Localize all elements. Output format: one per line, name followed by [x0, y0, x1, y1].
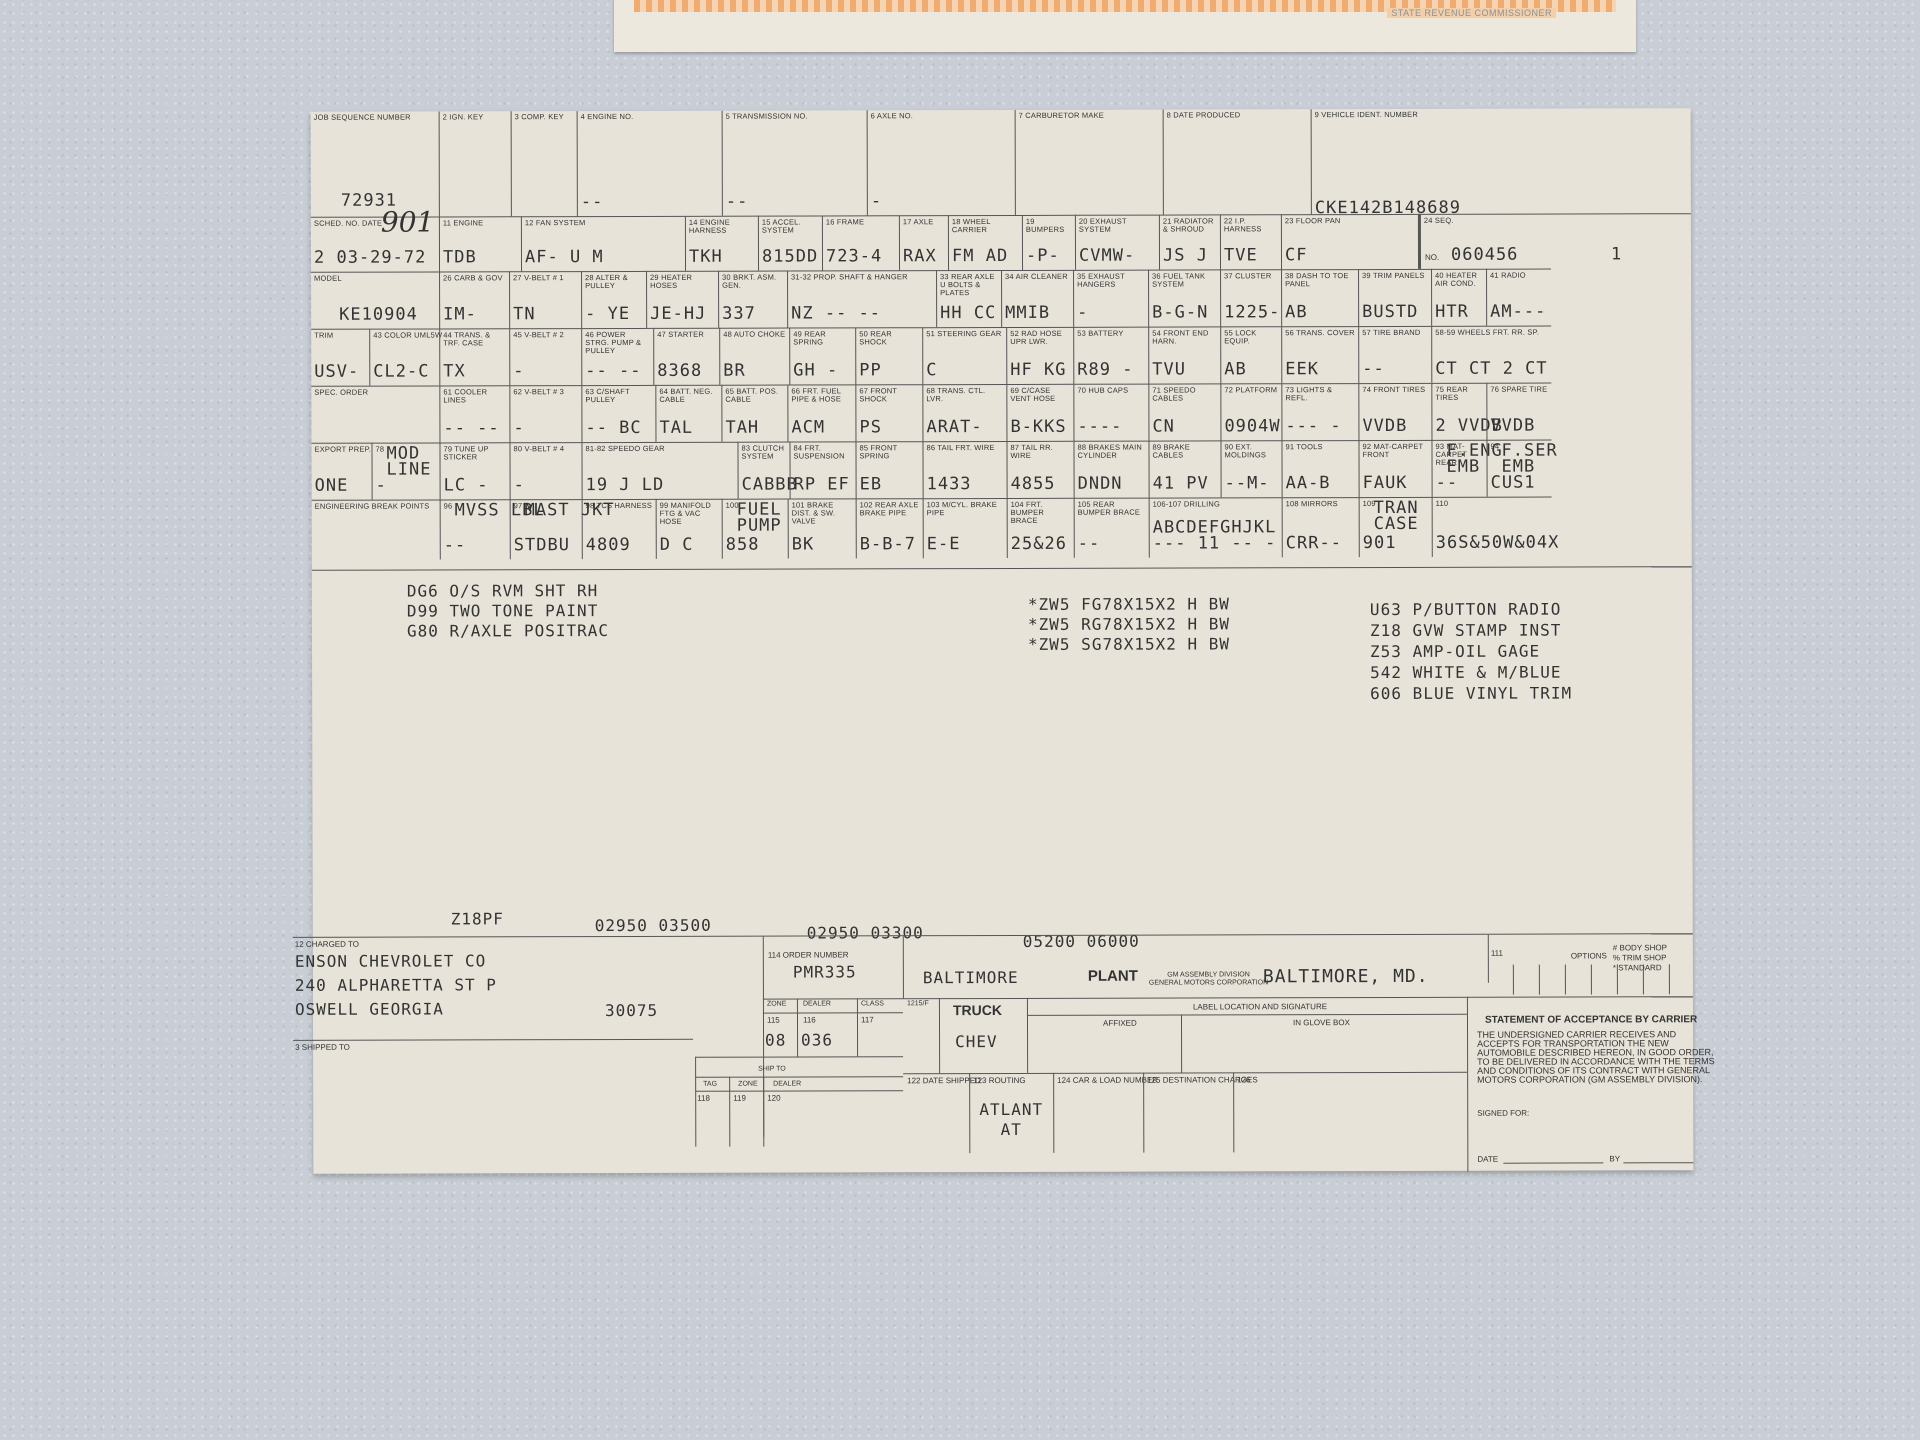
cell-label: 26 CARB & GOV	[443, 274, 507, 282]
cell-label: 28 ALTER & PULLEY	[585, 274, 644, 290]
grid-cell: 88 BRAKES MAIN CYLINDERDNDN	[1073, 441, 1148, 498]
cell-value: JE-HJ	[650, 304, 706, 324]
cell-value: IM-	[443, 304, 477, 324]
cell-label: 16 FRAME	[826, 218, 897, 226]
field-date-produced: 8 DATE PRODUCED	[1163, 109, 1311, 214]
cell-value: -	[376, 476, 387, 496]
option-tick	[1669, 964, 1670, 994]
grid-cell: 47 STARTER8368	[653, 328, 719, 385]
cell-value: TVE	[1224, 245, 1258, 265]
cell-label: 76 SPARE TIRE	[1490, 386, 1549, 394]
options-list-left: DG6 O/S RVM SHT RH D99 TWO TONE PAINT G8…	[407, 581, 609, 642]
cell-value: 25&26	[1011, 534, 1067, 554]
grid-cell: 71 SPEEDO CABLESCN	[1148, 383, 1220, 440]
options-list-tires: *ZW5 FG78X15X2 H BW *ZW5 RG78X15X2 H BW …	[1028, 594, 1230, 655]
cell-value: -- --	[585, 361, 641, 381]
grid-cell: 92 MAT-CARPET FRONTFAUK	[1358, 440, 1431, 497]
cell-value: AA-B	[1286, 473, 1331, 493]
cell-value: EB	[860, 474, 883, 494]
cell-label: 75 REAR TIRES	[1435, 386, 1484, 402]
cell-value: FM AD	[952, 246, 1008, 266]
cell-label: 49 REAR SPRING	[793, 330, 853, 346]
cell-value: -	[514, 475, 525, 495]
cell-label: 55 LOCK EQUIP.	[1224, 329, 1279, 345]
field-job-sequence: JOB SEQUENCE NUMBER 72931	[311, 111, 439, 216]
cell-label: 37 CLUSTER	[1224, 272, 1279, 280]
grid-cell: 33 REAR AXLE U BOLTS & PLATESHH CC	[936, 270, 1001, 327]
cell-label: 88 BRAKES MAIN CYLINDER	[1077, 444, 1146, 460]
statement-title: STATEMENT OF ACCEPTANCE BY CARRIER	[1485, 1014, 1697, 1026]
cell-value: 723-4	[826, 246, 882, 266]
cell-value: --	[1436, 473, 1459, 493]
grid-cell: 104 FRT. BUMPER BRACE25&26	[1007, 498, 1074, 558]
grid-cell: 83 CLUTCH SYSTEMCABBB	[737, 442, 789, 499]
cell-label: 66 FRT. FUEL PIPE & HOSE	[791, 387, 853, 403]
option-line: Z53 AMP-OIL GAGE	[1370, 641, 1572, 663]
field-ign-key: 2 IGN. KEY	[439, 111, 511, 216]
grid-cell: 41 RADIOAM---	[1486, 269, 1551, 326]
cell-label: 73 LIGHTS & REFL.	[1285, 386, 1356, 402]
grid-cell: 44 TRANS. & TRF. CASETX	[439, 328, 509, 385]
grid-cell: 54 FRONT END HARN.TVU	[1148, 326, 1220, 383]
grid-cell: 55 LOCK EQUIP.AB	[1220, 326, 1281, 383]
cell-value: TN	[513, 304, 536, 324]
grid-cell: 101 BRAKE DIST. & SW. VALVEBK	[788, 498, 856, 558]
cell-value: CF	[1285, 245, 1308, 265]
cell-value: ABCDEFGHJKL	[1153, 517, 1277, 537]
cell-value: BK	[792, 534, 815, 554]
cell-value: 8368	[657, 361, 702, 381]
option-line: Z18 GVW STAMP INST	[1370, 620, 1572, 642]
cell-label: 50 REAR SHOCK	[859, 330, 920, 346]
cell-label: 54 FRONT END HARN.	[1152, 329, 1218, 345]
option-line: DG6 O/S RVM SHT RH	[407, 581, 609, 602]
grid-cell: 74 FRONT TIRESVVDB	[1358, 383, 1431, 440]
cell-label: 61 COOLER LINES	[443, 388, 507, 404]
cell-label: 102 REAR AXLE BRAKE PIPE	[860, 501, 921, 517]
cell-label: 11 ENGINE	[443, 219, 519, 227]
cell-label: 84 FRT. SUSPENSION	[793, 444, 853, 460]
cell-label: 65 BATT. POS. CABLE	[725, 388, 785, 404]
cell-value: TAL	[659, 418, 693, 438]
cell-value: AM---	[1490, 302, 1546, 322]
grid-cell: 65 BATT. POS. CABLETAH	[721, 385, 787, 442]
cell-value: TKH	[689, 247, 723, 267]
cell-value: AB	[1285, 302, 1308, 322]
grid-cell: 19 BUMPERS-P-	[1022, 215, 1075, 270]
cell-value: RAX	[903, 246, 937, 266]
cell-value: --	[1078, 534, 1101, 554]
shipped-to-label: 3 SHIPPED TO	[295, 1043, 350, 1052]
field-comp-key: 3 COMP. KEY	[511, 111, 577, 216]
field-engine-no: 4 ENGINE NO.--	[577, 111, 722, 216]
field-transmission-no: 5 TRANSMISSION NO.--	[722, 110, 867, 215]
cell-label: 33 REAR AXLE U BOLTS & PLATES	[940, 273, 999, 297]
option-line: *ZW5 SG78X15X2 H BW	[1028, 634, 1230, 655]
grid-cell: 100FUEL PUMP858	[722, 499, 788, 559]
cell-label: 56 TRANS. COVER	[1285, 329, 1356, 337]
cell-value: C	[926, 360, 937, 380]
cell-value: GH -	[793, 360, 838, 380]
order-number: PMR335	[793, 962, 857, 982]
cell-value: 901	[1363, 533, 1397, 553]
cell-value: BUSTD	[1362, 302, 1418, 322]
cell-value: TX	[443, 361, 466, 381]
options-label: OPTIONS	[1571, 951, 1607, 960]
zone-value: 08	[765, 1031, 786, 1051]
cell-value: --M-	[1225, 473, 1270, 493]
cell-label: 39 TRIM PANELS	[1362, 272, 1429, 280]
cell-value: - YE	[585, 304, 630, 324]
grid-cell: 61 COOLER LINES-- --	[439, 385, 509, 442]
grid-cell: 30 BRKT. ASM. GEN.337	[718, 271, 787, 328]
cell-label: 79 TUNE UP STICKER	[443, 445, 507, 461]
option-line: D99 TWO TONE PAINT	[407, 601, 609, 622]
cell-label: 46 POWER STRG. PUMP & PULLEY	[585, 331, 651, 355]
plant-city: BALTIMORE	[923, 968, 1019, 988]
cell-value: RP EF	[794, 474, 850, 494]
grid-cell: 73 LIGHTS & REFL.--- -	[1281, 383, 1358, 440]
cell-label: 51 STEERING GEAR	[926, 330, 1004, 338]
option-line: *ZW5 RG78X15X2 H BW	[1028, 614, 1230, 635]
cell-label: 53 BATTERY	[1077, 330, 1146, 338]
grid-cell: 84 FRT. SUSPENSIONRP EF	[789, 441, 855, 498]
option-tick	[1617, 964, 1618, 994]
cell-label: 34 AIR CLEANER	[1005, 273, 1071, 281]
field-trim: TRIMUSV-	[311, 329, 369, 386]
grid-cell: 76 SPARE TIREVVDB	[1486, 383, 1551, 440]
cell-value: CRR--	[1286, 533, 1342, 553]
field-spec-order: SPEC. ORDER	[311, 385, 439, 442]
grid-cell: 12 FAN SYSTEMAF- U M	[521, 216, 685, 271]
cell-label: 47 STARTER	[657, 331, 717, 339]
charged-to-label: 12 CHARGED TO	[295, 940, 359, 949]
field-axle-no: 6 AXLE NO.-	[867, 110, 1015, 215]
cell-value: -	[1077, 303, 1088, 323]
grid-cell: 69 C/CASE VENT HOSEB-KKS	[1006, 384, 1073, 441]
cell-label: 74 FRONT TIRES	[1362, 386, 1429, 394]
grid-cell: 72 PLATFORM0904W	[1220, 383, 1281, 440]
cell-label: 48 AUTO CHOKE	[723, 331, 787, 339]
grid-cell: 23 FLOOR PANCF	[1281, 214, 1418, 269]
price-1: 02950 03500	[595, 916, 712, 936]
cell-label: 81-82 SPEEDO GEAR	[585, 445, 735, 453]
cell-value: -- --	[443, 418, 499, 438]
grid-cell: 97MAST JKTSTDBU	[510, 499, 582, 559]
cell-label: 15 ACCEL. SYSTEM	[762, 218, 820, 234]
grid-cell: 52 RAD HOSE UPR LWR.HF KG	[1006, 327, 1073, 384]
grid-cell: 37 CLUSTER1225-	[1220, 269, 1281, 326]
field-sched-no-date: SCHED. NO. DATE 901 2 03-29-72	[311, 216, 439, 271]
cell-value: 815DD	[762, 246, 818, 266]
cell-value: NZ -- --	[791, 303, 881, 323]
cell-label: 30 BRKT. ASM. GEN.	[722, 274, 785, 290]
plant-location: BALTIMORE, MD.	[1263, 967, 1429, 987]
cell-label: 110	[1436, 500, 1550, 508]
cell-label: 31-32 PROP. SHAFT & HANGER	[791, 273, 934, 281]
cell-value: ACM	[791, 417, 825, 437]
grid-cell: 63 C/SHAFT PULLEY-- BC	[581, 385, 655, 442]
cell-label: 35 EXHAUST HANGERS	[1077, 273, 1146, 289]
cell-label: 29 HEATER HOSES	[650, 274, 716, 290]
grid-cell: 102 REAR AXLE BRAKE PIPEB-B-7	[856, 498, 923, 558]
cell-value: HTR	[1435, 302, 1469, 322]
cell-value: HF KG	[1010, 360, 1066, 380]
field-color: 43 COLOR UML5WCL2-C	[369, 328, 439, 385]
grid-cell: 106-107 DRILLING--- 11 -- -ABCDEFGHJKL	[1149, 497, 1282, 557]
grid-cell: 26 CARB & GOVIM-	[439, 271, 509, 328]
background-certificate: STATE REVENUE COMMISSIONER	[614, 0, 1636, 52]
grid-cell: 79 TUNE UP STICKERLC -	[439, 442, 509, 499]
cell-label: 18 WHEEL CARRIER	[952, 218, 1020, 234]
grid-cell: 48 AUTO CHOKEBR	[719, 328, 789, 385]
grid-cell: 31-32 PROP. SHAFT & HANGERNZ -- --	[787, 270, 936, 327]
cell-value: 4809	[586, 535, 631, 555]
cell-value: CN	[1152, 417, 1175, 437]
cell-label: 69 C/CASE VENT HOSE	[1010, 387, 1071, 403]
truck-label: TRUCK	[953, 1002, 1002, 1018]
cell-value: -	[513, 361, 524, 381]
cell-value: -P-	[1026, 246, 1060, 266]
shop-legend: # BODY SHOP % TRIM SHOP * STANDARD	[1613, 943, 1667, 973]
cell-label: 12 FAN SYSTEM	[525, 219, 683, 227]
cell-label: 36 FUEL TANK SYSTEM	[1152, 272, 1218, 288]
cell-label: 22 I.P. HARNESS	[1224, 217, 1279, 233]
grid-cell: 22 I.P. HARNESSTVE	[1220, 214, 1281, 269]
dealer-value: 036	[801, 1030, 833, 1050]
cell-label: 17 AXLE	[903, 218, 946, 226]
option-tick	[1539, 965, 1540, 995]
cell-value: CT CT 2 CT	[1435, 359, 1547, 379]
grid-cell: 35 EXHAUST HANGERS-	[1073, 270, 1148, 327]
field-engineering-break-points: ENGINEERING BREAK POINTS	[312, 499, 440, 559]
grid-cell: 67 FRONT SHOCKPS	[855, 384, 922, 441]
grid-cell: 11 ENGINETDB	[439, 216, 521, 271]
grid-cell: 70 HUB CAPS----	[1073, 384, 1148, 441]
cell-value: TVU	[1152, 360, 1186, 380]
cell-label: 62 V-BELT # 3	[513, 388, 579, 396]
cell-label: 41 RADIO	[1490, 272, 1549, 280]
cell-value: 19 J LD	[586, 475, 665, 495]
certificate-label: STATE REVENUE COMMISSIONER	[1387, 8, 1556, 18]
cell-label: 57 TIRE BRAND	[1362, 329, 1429, 337]
plant-word: PLANT	[1088, 968, 1138, 985]
grid-cell: 51 STEERING GEARC	[922, 327, 1006, 384]
grid-cell: 89 BRAKE CABLES41 PV	[1148, 440, 1220, 497]
cell-label: 44 TRANS. & TRF. CASE	[443, 331, 507, 347]
grid-cell: 18 WHEEL CARRIERFM AD	[948, 215, 1022, 270]
cell-value: 4855	[1011, 474, 1056, 494]
cell-value: HH CC	[940, 303, 996, 323]
grid-cell: 14 ENGINE HARNESSTKH	[685, 216, 758, 271]
field-export-prep: EXPORT PREP.ONE	[311, 443, 371, 500]
option-line: 542 WHITE & M/BLUE	[1370, 662, 1572, 684]
cell-value: PS	[859, 417, 882, 437]
option-line: *ZW5 FG78X15X2 H BW	[1028, 594, 1230, 615]
field-model: MODEL KE10904	[311, 271, 439, 328]
cell-label: 91 TOOLS	[1285, 443, 1356, 451]
grid-cell: 105 REAR BUMPER BRACE--	[1074, 498, 1149, 558]
grid-cell: 99 MANIFOLD FTG & VAC HOSED C	[656, 499, 722, 559]
grid-cell: 81-82 SPEEDO GEAR19 J LD	[581, 442, 737, 499]
grid-cell: 64 BATT. NEG. CABLETAL	[655, 385, 721, 442]
cell-value: 1433	[927, 474, 972, 494]
grid-cell: 62 V-BELT # 3-	[509, 385, 581, 442]
cell-value: VVDB	[1490, 416, 1535, 436]
cell-value: B-B-7	[860, 534, 916, 554]
grid-cell: 75 REAR TIRES2 VVDB	[1431, 383, 1486, 440]
grid-cell: 91 TOOLSAA-B	[1281, 440, 1358, 497]
cell-value: PP	[859, 360, 882, 380]
grid-cell: 40 HEATER AIR COND.HTR	[1431, 269, 1486, 326]
cell-label: 101 BRAKE DIST. & SW. VALVE	[792, 501, 854, 525]
option-line: 606 BLUE VINYL TRIM	[1370, 683, 1572, 705]
divider	[312, 566, 1692, 571]
grid-cell: 98 TCS HARNESS4809	[582, 499, 656, 559]
cell-label: 67 FRONT SHOCK	[859, 387, 920, 403]
grid-cell: 109TRAN CASE901	[1359, 497, 1432, 557]
cell-label: 105 REAR BUMPER BRACE	[1078, 501, 1147, 517]
cell-label: 83 CLUTCH SYSTEM	[741, 445, 787, 461]
cell-value: FAUK	[1363, 473, 1408, 493]
cell-value: B-KKS	[1010, 417, 1066, 437]
cell-label: 86 TAIL FRT. WIRE	[926, 444, 1004, 452]
cell-value: AB	[1224, 359, 1247, 379]
cell-label: 80 V-BELT # 4	[513, 445, 579, 453]
cell-label: 89 BRAKE CABLES	[1152, 443, 1218, 459]
cell-value: 0904W	[1224, 416, 1280, 436]
grid-cell: 96MVSS LBL--	[440, 499, 510, 559]
gm-division: GM ASSEMBLY DIVISION GENERAL MOTORS CORP…	[1149, 971, 1268, 987]
grid-cell: 49 REAR SPRINGGH -	[789, 327, 855, 384]
option-tick	[1513, 965, 1514, 995]
cell-value: 41 PV	[1153, 473, 1209, 493]
cell-value: JS J	[1163, 245, 1208, 265]
grid-cell: 78MOD LINE-	[371, 442, 439, 499]
grid-cell: 53 BATTERYR89 -	[1073, 327, 1148, 384]
field-carburetor-make: 7 CARBURETOR MAKE	[1015, 110, 1163, 215]
truck-make: CHEV	[955, 1032, 998, 1052]
cell-value: E-E	[927, 534, 961, 554]
cell-label: 21 RADIATOR & SHROUD	[1163, 217, 1218, 233]
cell-label: 68 TRANS. CTL. LVR.	[926, 387, 1004, 403]
grid-cell: 20 EXHAUST SYSTEMCVMW-	[1075, 215, 1159, 270]
grid-cell: 11036S&50W&04X	[1432, 497, 1552, 557]
cell-value: CVMW-	[1079, 246, 1135, 266]
grid-cell: 45 V-BELT # 2-	[509, 328, 581, 385]
price-code: Z18PF	[451, 909, 504, 929]
grid-cell: 56 TRANS. COVEREEK	[1281, 326, 1358, 383]
cell-value: TAH	[725, 418, 759, 438]
cell-value: R89 -	[1077, 360, 1133, 380]
cell-overprint: F.SER EMB	[1501, 442, 1586, 474]
grid-cell: 39 TRIM PANELSBUSTD	[1358, 269, 1431, 326]
routing-value: ATLANT AT	[975, 1100, 1047, 1140]
grid-cell: 46 POWER STRG. PUMP & PULLEY-- --	[581, 328, 653, 385]
cell-label: 98 TCS HARNESS	[586, 502, 654, 510]
grid-cell: 90 EXT. MOLDINGS--M-	[1220, 440, 1281, 497]
grid-cell: 80 V-BELT # 4-	[509, 442, 581, 499]
cell-value: TDB	[443, 247, 477, 267]
build-sheet: JOB SEQUENCE NUMBER 72931 2 IGN. KEY 3 C…	[311, 108, 1694, 1174]
cell-value: CUS1	[1491, 473, 1536, 493]
cell-value: 337	[722, 304, 756, 324]
option-tick	[1643, 964, 1644, 994]
cell-value: ARAT-	[926, 417, 982, 437]
grid-cell: 17 AXLERAX	[899, 215, 948, 270]
cell-value: --- -	[1285, 416, 1341, 436]
cell-label: 58-59 WHEELS FRT. RR. SP.	[1435, 329, 1549, 337]
grid-cell: 28 ALTER & PULLEY- YE	[581, 271, 646, 328]
cell-label: 103 M/CYL. BRAKE PIPE	[927, 501, 1005, 517]
grid-cell: 85 FRONT SPRINGEB	[855, 441, 922, 498]
cell-value: 858	[726, 535, 760, 555]
cell-value: STDBU	[514, 535, 570, 555]
charged-to-address: ENSON CHEVROLET CO 240 ALPHARETTA ST P O…	[295, 949, 497, 1022]
cell-label: 87 TAIL RR. WIRE	[1010, 444, 1071, 460]
cell-value: --	[1362, 359, 1385, 379]
grid-cell: 50 REAR SHOCKPP	[855, 327, 922, 384]
cell-value: LC -	[444, 475, 489, 495]
grid-cell: 16 FRAME723-4	[822, 215, 899, 270]
grid-cell: 87 TAIL RR. WIRE4855	[1006, 441, 1073, 498]
statement-body: THE UNDERSIGNED CARRIER RECEIVES AND ACC…	[1477, 1030, 1717, 1085]
option-tick	[1591, 964, 1592, 994]
cell-value: D C	[660, 535, 694, 555]
cell-value: VVDB	[1362, 416, 1407, 436]
grid-cell: 94F.SER EMBCUS1	[1486, 440, 1551, 497]
cell-label: 19 BUMPERS	[1026, 218, 1073, 234]
cell-label: 90 EXT. MOLDINGS	[1224, 443, 1279, 459]
grid-cell: 34 AIR CLEANERMMIB	[1001, 270, 1073, 327]
grid-cell: 93 MAT-CARPET REARF.ENG EMB--	[1431, 440, 1486, 497]
grid-cell: 86 TAIL FRT. WIRE1433	[922, 441, 1006, 498]
cell-label: 85 FRONT SPRING	[859, 444, 920, 460]
field-seq: 24 SEQ. NO. 060456 1	[1418, 213, 1691, 269]
cell-label: 72 PLATFORM	[1224, 386, 1279, 394]
cell-value: --	[444, 535, 467, 555]
grid-cell: 15 ACCEL. SYSTEM815DD	[758, 215, 822, 270]
cell-label: 106-107 DRILLING	[1153, 500, 1280, 508]
cell-label: 23 FLOOR PAN	[1285, 217, 1416, 225]
cell-label: 104 FRT. BUMPER BRACE	[1011, 501, 1072, 525]
options-list-right: U63 P/BUTTON RADIO Z18 GVW STAMP INST Z5…	[1370, 599, 1572, 705]
cell-label: 71 SPEEDO CABLES	[1152, 386, 1218, 402]
grid-cell: 57 TIRE BRAND--	[1358, 326, 1431, 383]
price-2: 02950 03300	[807, 923, 924, 943]
grid-cell: 66 FRT. FUEL PIPE & HOSEACM	[787, 384, 855, 441]
cell-value: -- BC	[585, 418, 641, 438]
cell-label: 92 MAT-CARPET FRONT	[1362, 443, 1429, 459]
cell-label: 63 C/SHAFT PULLEY	[585, 388, 653, 404]
cell-label: 70 HUB CAPS	[1077, 387, 1146, 395]
cell-label: 45 V-BELT # 2	[513, 331, 579, 339]
cell-label: 99 MANIFOLD FTG & VAC HOSE	[660, 502, 720, 526]
grid-cell: 38 DASH TO TOE PANELAB	[1281, 269, 1358, 326]
cell-value: ----	[1077, 417, 1122, 437]
cell-value: BR	[723, 361, 746, 381]
grid-cell: 58-59 WHEELS FRT. RR. SP.CT CT 2 CT	[1431, 326, 1551, 383]
cell-value: EEK	[1285, 359, 1319, 379]
cell-label: 14 ENGINE HARNESS	[689, 219, 756, 235]
cell-value: 36S&50W&04X	[1436, 533, 1560, 553]
cell-label: 38 DASH TO TOE PANEL	[1285, 272, 1356, 288]
cell-value: 1225-	[1224, 302, 1280, 322]
grid-cell: 68 TRANS. CTL. LVR.ARAT-	[922, 384, 1006, 441]
option-line: U63 P/BUTTON RADIO	[1370, 599, 1572, 621]
charged-to-zip: 30075	[605, 1001, 658, 1021]
cell-label: 20 EXHAUST SYSTEM	[1079, 218, 1157, 234]
